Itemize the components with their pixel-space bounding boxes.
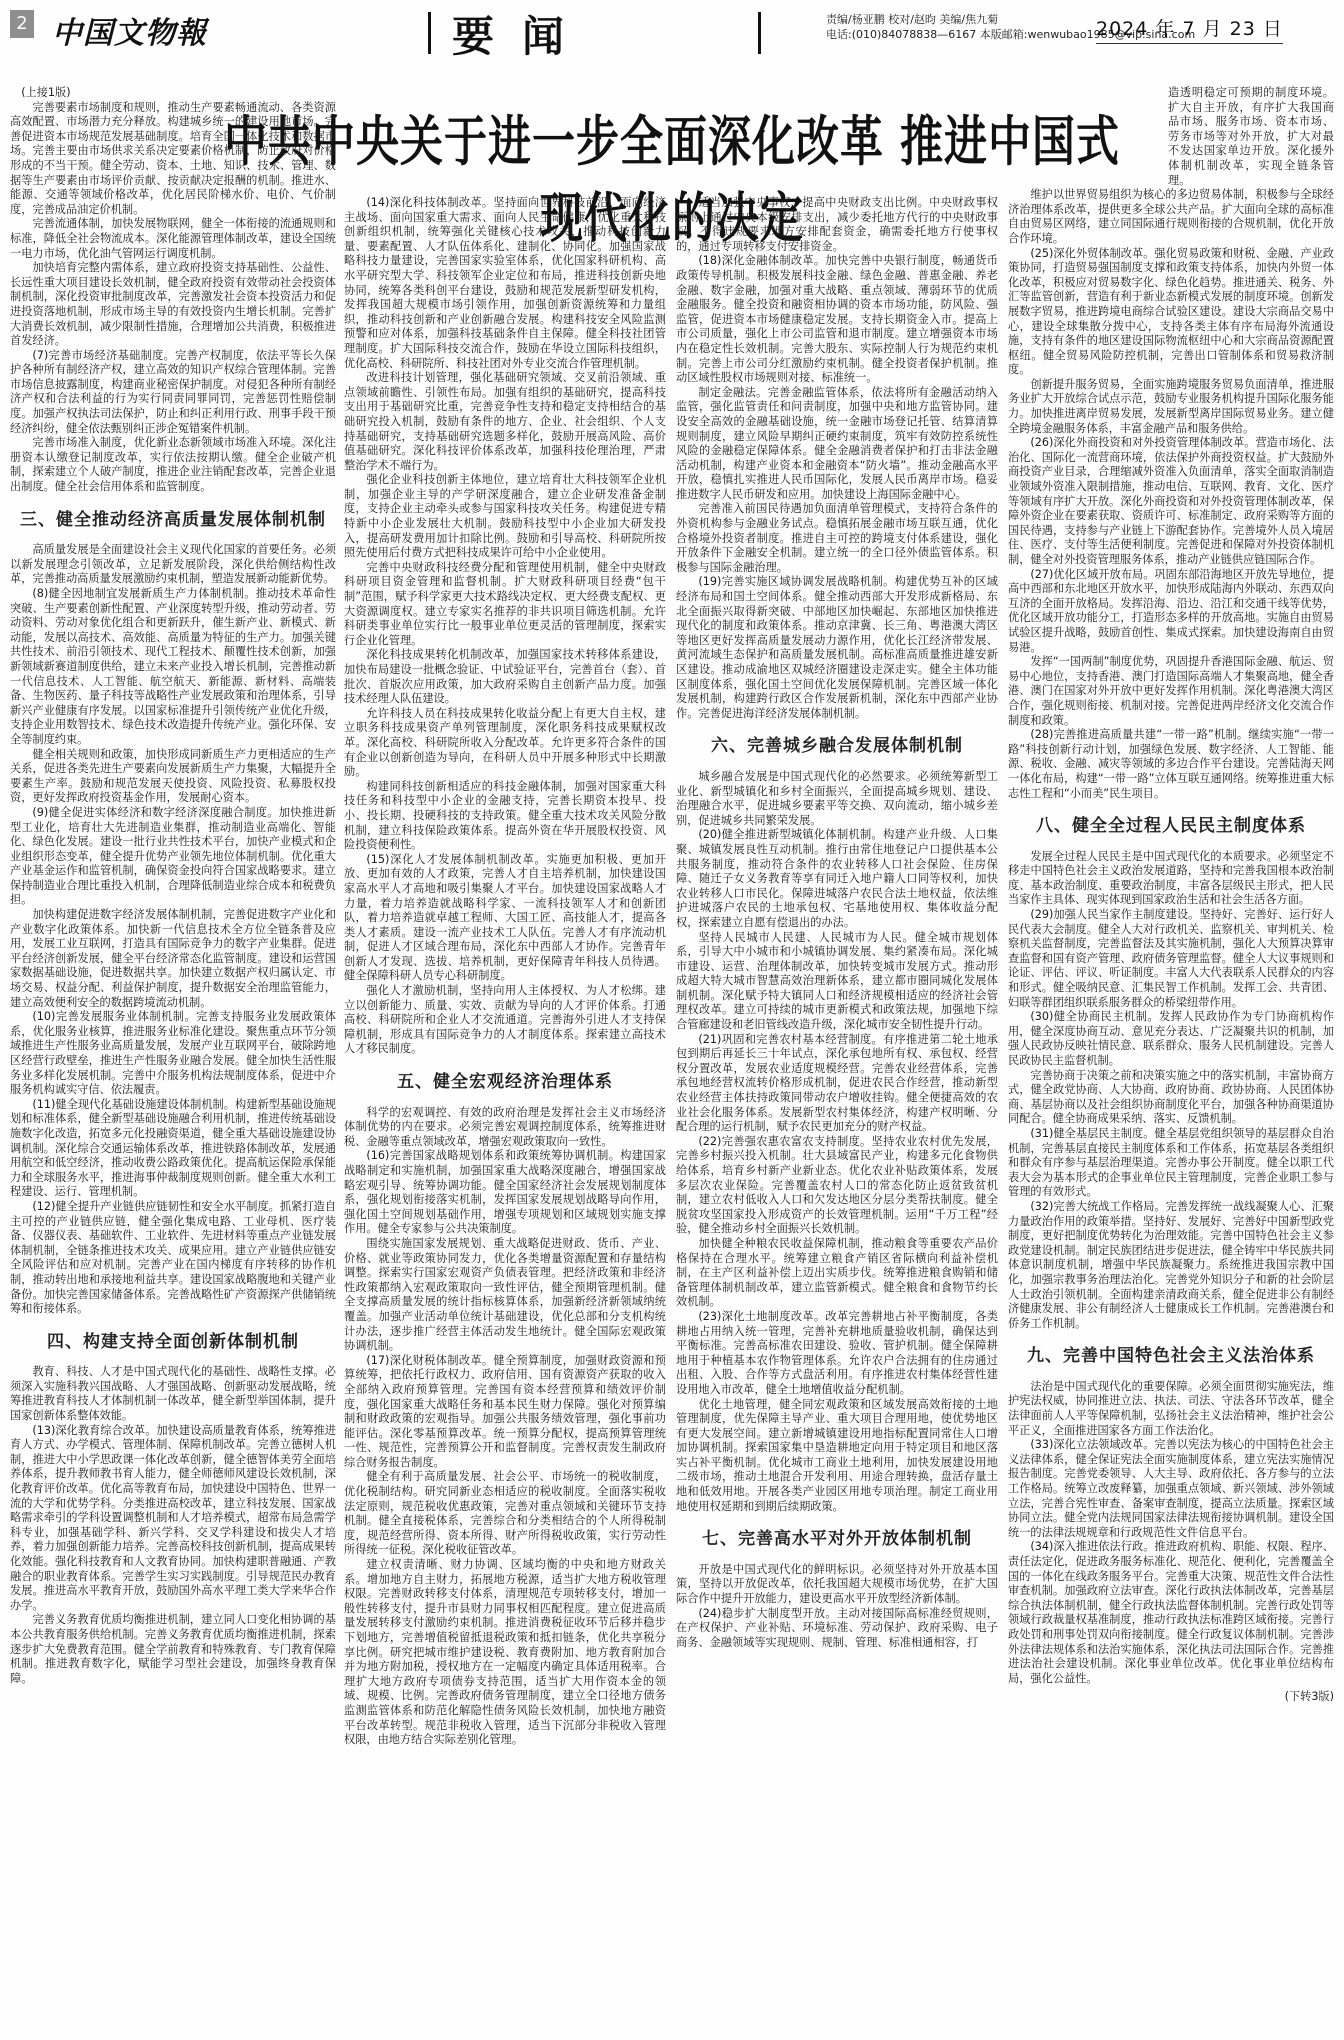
paragraph: (33)深化立法领域改革。完善以宪法为核心的中国特色社会主义法律体系，健全保证宪… (1008, 1438, 1334, 1540)
paragraph: 高质量发展是全面建设社会主义现代化国家的首要任务。必须以新发展理念引领改革，立足… (10, 543, 336, 587)
paragraph: (21)巩固和完善农村基本经营制度。有序推进第二轮土地承包到期后再延长三十年试点… (676, 1033, 998, 1135)
paragraph: (8)健全因地制宜发展新质生产力体制机制。推动技术革命性突破、生产要素创新性配置… (10, 587, 336, 748)
paragraph: (32)完善大统战工作格局。完善发挥统一战线凝聚人心、汇聚力量政治作用的政策举措… (1008, 1200, 1334, 1331)
paragraph: 科学的宏观调控、有效的政府治理是发挥社会主义市场经济体制优势的内在要求。必须完善… (344, 1106, 666, 1150)
paragraph: 完善市场准入制度，优化新业态新领域市场准入环境。深化注册资本认缴登记制度改革，实… (10, 436, 336, 494)
paragraph: (7)完善市场经济基础制度。完善产权制度，依法平等长久保护各种所有制经济产权，建… (10, 349, 336, 437)
column-2: (14)深化科技体制改革。坚持面向世界科技前沿、面向经济主战场、面向国家重大需求… (344, 196, 666, 2036)
paragraph: 围绕实施国家发展规划、重大战略促进财政、货币、产业、价格、就业等政策协同发力，优… (344, 1237, 666, 1354)
paragraph: (28)完善推进高质量共建“一带一路”机制。继续实施“一带一路”科技创新行动计划… (1008, 728, 1334, 801)
paragraph: (29)加强人民当家作主制度建设。坚持好、完善好、运行好人民代表大会制度。健全人… (1008, 908, 1334, 1010)
section-heading: 九、完善中国特色社会主义法治体系 (1008, 1349, 1334, 1364)
paragraph: 发挥“一国两制”制度优势，巩固提升香港国际金融、航运、贸易中心地位，支持香港、澳… (1008, 655, 1334, 728)
paragraph: 法治是中国式现代化的重要保障。必须全面贯彻实施宪法，维护宪法权威，协同推进立法、… (1008, 1380, 1334, 1438)
paragraph: 深化科技成果转化机制改革，加强国家技术转移体系建设，加快布局建设一批概念验证、中… (344, 648, 666, 706)
paragraph: (9)健全促进实体经济和数字经济深度融合制度。加快推进新型工业化，培育壮大先进制… (10, 806, 336, 908)
continuation-ref: (上接1版) (10, 86, 180, 101)
paragraph: 教育、科技、人才是中国式现代化的基础性、战略性支撑。必须深入实施科教兴国战略、人… (10, 1365, 336, 1423)
paragraph: (30)健全协商民主机制。发挥人民政协作为专门协商机构作用，健全深度协商互动、意… (1008, 1010, 1334, 1068)
paragraph: 完善中央财政科技经费分配和管理使用机制，健全中央财政科研项目资金管理和监督机制。… (344, 561, 666, 649)
section-heading: 八、健全全过程人民民主制度体系 (1008, 819, 1334, 834)
paragraph: 完善协商于决策之前和决策实施之中的落实机制，丰富协商方式，健全政党协商、人大协商… (1008, 1069, 1334, 1127)
paragraph: 优化土地管理，健全同宏观政策和区域发展高效衔接的土地管理制度，优先保障主导产业、… (676, 1398, 998, 1515)
paragraph: (12)健全提升产业链供应链韧性和安全水平制度。抓紧打造自主可控的产业链供应链，… (10, 1200, 336, 1317)
paragraph: 坚持人民城市人民建、人民城市为人民。健全城市规划体系，引导大中小城市和小城镇协调… (676, 931, 998, 1033)
paragraph: (25)深化外贸体制改革。强化贸易政策和财税、金融、产业政策协同，打造贸易强国制… (1008, 247, 1334, 378)
paragraph: (34)深入推进依法行政。推进政府机构、职能、权限、程序、责任法定化，促进政务服… (1008, 1540, 1334, 1686)
paragraph: (14)深化科技体制改革。坚持面向世界科技前沿、面向经济主战场、面向国家重大需求… (344, 196, 666, 371)
paragraph: 健全有利于高质量发展、社会公平、市场统一的税收制度，优化税制结构。研究同新业态相… (344, 1470, 666, 1558)
section-heading: 五、健全宏观经济治理体系 (344, 1075, 666, 1090)
paragraph: (10)完善发展服务业体制机制。完善支持服务业发展政策体系，优化服务业核算，推进… (10, 1010, 336, 1098)
section-heading: 六、完善城乡融合发展体制机制 (676, 739, 998, 754)
continued-on-page: (下转3版) (1008, 1690, 1334, 1705)
page-number: 2 (10, 10, 34, 38)
paragraph: (20)健全推进新型城镇化体制机制。构建产业升级、人口集聚、城镇发展良性互动机制… (676, 828, 998, 930)
paragraph: 强化企业科技创新主体地位，建立培育壮大科技领军企业机制，加强企业主导的产学研深度… (344, 473, 666, 561)
paragraph: 允许科技人员在科技成果转化收益分配上有更大自主权，建立职务科技成果资产单列管理制… (344, 707, 666, 780)
divider (758, 12, 761, 54)
section-heading: 四、构建支持全面创新体制机制 (10, 1335, 336, 1350)
paragraph: (18)深化金融体制改革。加快完善中央银行制度，畅通货币政策传导机制。积极发展科… (676, 254, 998, 385)
divider (428, 12, 431, 54)
paragraph: 适当加强中央事权、提高中央财政支出比例。中央财政事权原则上通过中央本级安排支出，… (676, 196, 998, 254)
paragraph: 维护以世界贸易组织为核心的多边贸易体制，积极参与全球经济治理体系改革，提供更多全… (1008, 188, 1334, 246)
paragraph: 健全相关规则和政策，加快形成同新质生产力更相适应的生产关系，促进各类先进生产要素… (10, 748, 336, 806)
paragraph: 建立权责清晰、财力协调、区域均衡的中央和地方财政关系。增加地方自主财力，拓展地方… (344, 1558, 666, 1748)
paragraph: 制定金融法。完善金融监管体系，依法将所有金融活动纳入监管，强化监管责任和问责制度… (676, 386, 998, 503)
paragraph: (22)完善强农惠农富农支持制度。坚持农业农村优先发展，完善乡村振兴投入机制。壮… (676, 1135, 998, 1237)
section-title: 要闻 (452, 4, 592, 64)
column-4: 造透明稳定可预期的制度环境。扩大自主开放，有序扩大我国商品市场、服务市场、资本市… (1008, 86, 1334, 2036)
paragraph: (27)优化区域开放布局。巩固东部沿海地区开放先导地位，提高中西部和东北地区开放… (1008, 568, 1334, 656)
paragraph: 造透明稳定可预期的制度环境。扩大自主开放，有序扩大我国商品市场、服务市场、资本市… (1168, 86, 1334, 188)
paragraph: 构建同科技创新相适应的科技金融体制，加强对国家重大科技任务和科技型中小企业的金融… (344, 780, 666, 853)
paragraph: 完善流通体制，加快发展物联网，健全一体衔接的流通规则和标准，降低全社会物流成本。… (10, 217, 336, 261)
paragraph: (24)稳步扩大制度型开放。主动对接国际高标准经贸规则，在产权保护、产业补贴、环… (676, 1607, 998, 1651)
paragraph: 加快健全种粮农民收益保障机制，推动粮食等重要农产品价格保持在合理水平。统筹建立粮… (676, 1237, 998, 1310)
paragraph: 完善准入前国民待遇加负面清单管理模式，支持符合条件的外资机构参与金融业务试点。稳… (676, 502, 998, 575)
paragraph: 改进科技计划管理，强化基础研究领域、交叉前沿领域、重点领域前瞻性、引领性布局。加… (344, 371, 666, 473)
paragraph: (13)深化教育综合改革。加快建设高质量教育体系，统筹推进育人方式、办学模式、管… (10, 1424, 336, 1614)
paragraph: 完善要素市场制度和规则，推动生产要素畅通流动、各类资源高效配置、市场潜力充分释放… (10, 101, 336, 218)
paragraph: (11)健全现代化基础设施建设体制机制。构建新型基础设施规划和标准体系，健全新型… (10, 1098, 336, 1200)
paragraph: 开放是中国式现代化的鲜明标识。必须坚持对外开放基本国策，坚持以开放促改革，依托我… (676, 1563, 998, 1607)
paragraph: 加快培育完整内需体系，建立政府投资支持基础性、公益性、长远性重大项目建设长效机制… (10, 261, 336, 349)
section-heading: 七、完善高水平对外开放体制机制 (676, 1532, 998, 1547)
paragraph: (19)完善实施区域协调发展战略机制。构建优势互补的区域经济布局和国土空间体系。… (676, 575, 998, 721)
issue-date: 2024 年 7 月 23 日 (1096, 14, 1283, 44)
paragraph: 强化人才激励机制，坚持向用人主体授权、为人才松绑。建立以创新能力、质量、实效、贡… (344, 984, 666, 1057)
paragraph: 发展全过程人民民主是中国式现代化的本质要求。必须坚定不移走中国特色社会主义政治发… (1008, 850, 1334, 908)
masthead: 2 中国文物報 要闻 责编/杨亚鹏 校对/赵昀 美编/焦九菊 电话:(010)8… (0, 0, 1344, 52)
paragraph: (26)深化外商投资和对外投资管理体制改革。营造市场化、法治化、国际化一流营商环… (1008, 436, 1334, 567)
paragraph: (16)完善国家战略规划体系和政策统筹协调机制。构建国家战略制定和实施机制，加强… (344, 1149, 666, 1237)
paragraph: (31)健全基层民主制度。健全基层党组织领导的基层群众自治机制，完善基层直接民主… (1008, 1127, 1334, 1200)
paragraph: (17)深化财税体制改革。健全预算制度，加强财政资源和预算统筹，把依托行政权力、… (344, 1354, 666, 1471)
column-1: (上接1版) 完善要素市场制度和规则，推动生产要素畅通流动、各类资源高效配置、市… (10, 86, 336, 2036)
paragraph: 加快构建促进数字经济发展体制机制，完善促进数字产业化和产业数字化政策体系。加快新… (10, 908, 336, 1010)
column-3: 适当加强中央事权、提高中央财政支出比例。中央财政事权原则上通过中央本级安排支出，… (676, 196, 998, 2036)
paragraph: 城乡融合发展是中国式现代化的必然要求。必须统筹新型工业化、新型城镇化和乡村全面振… (676, 770, 998, 828)
paragraph: 完善义务教育优质均衡推进机制，建立同人口变化相协调的基本公共教育服务供给机制。完… (10, 1613, 336, 1686)
paragraph: (15)深化人才发展体制机制改革。实施更加积极、更加开放、更加有效的人才政策，完… (344, 853, 666, 984)
section-heading: 三、健全推动经济高质量发展体制机制 (10, 513, 336, 528)
paragraph: (23)深化土地制度改革。改革完善耕地占补平衡制度，各类耕地占用纳入统一管理，完… (676, 1310, 998, 1398)
newspaper-logo: 中国文物報 (52, 8, 207, 52)
paragraph: 创新提升服务贸易，全面实施跨境服务贸易负面清单，推进服务业扩大开放综合试点示范，… (1008, 378, 1334, 436)
